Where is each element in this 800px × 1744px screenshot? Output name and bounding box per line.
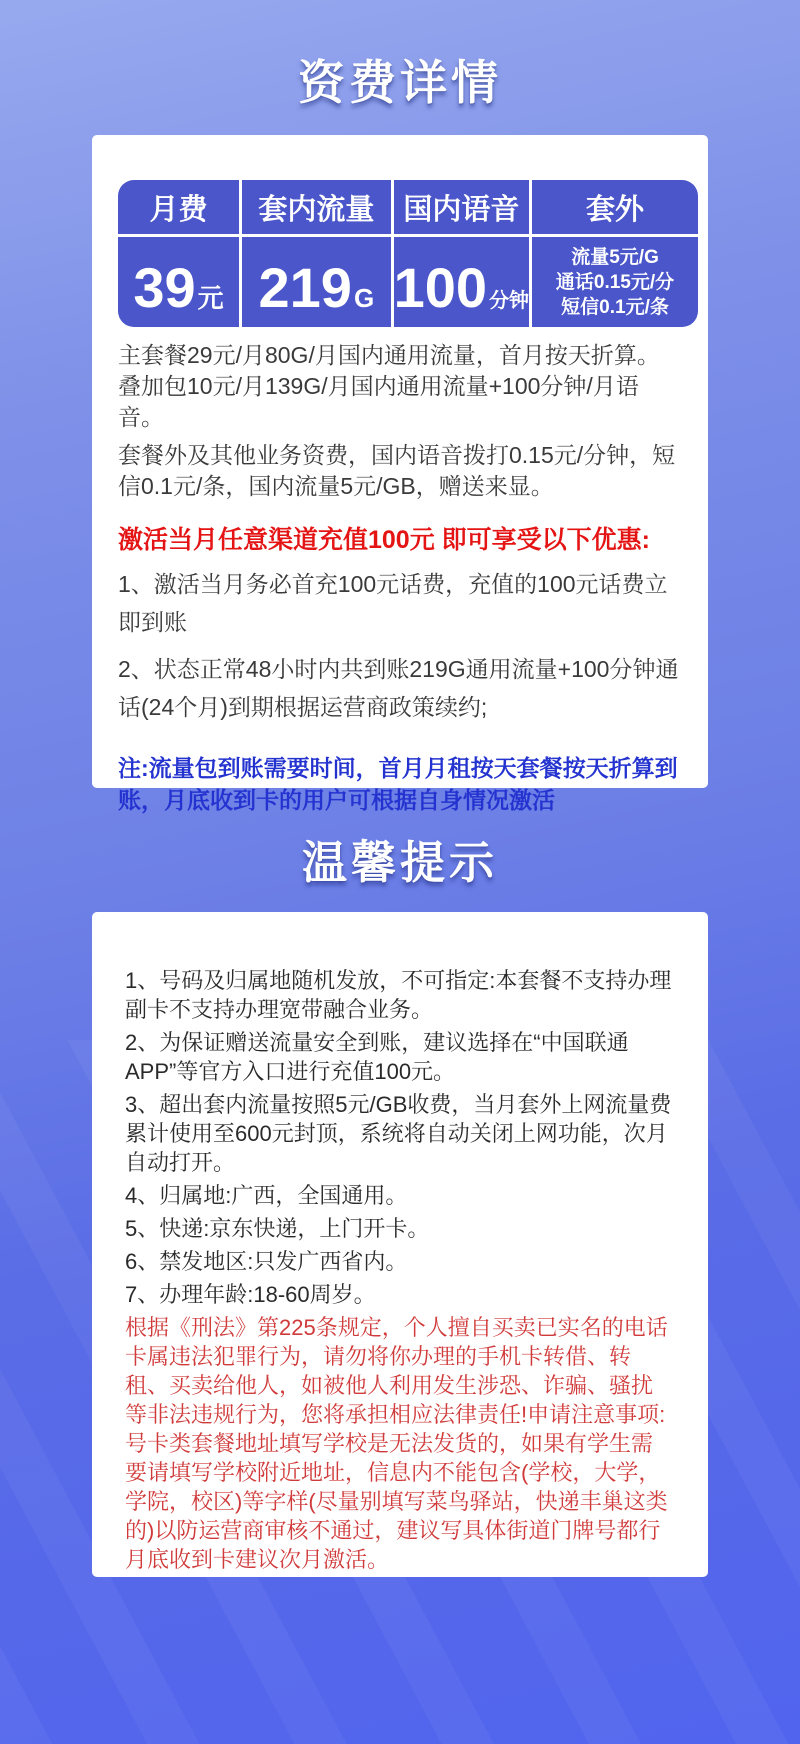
- plan-table-cell-included-data: 219 G: [242, 237, 391, 327]
- out-of-plan-sms-rate: 短信0.1元/条: [561, 295, 669, 320]
- legal-warning-text: 根据《刑法》第225条规定，个人擅自买卖已实名的电话卡属违法犯罪行为，请勿将你办…: [125, 1313, 674, 1429]
- tips-section-title: 温馨提示: [0, 826, 800, 891]
- plan-table-cell-domestic-voice: 100 分钟: [394, 237, 529, 327]
- plan-table-cell-monthly-fee: 39 元: [118, 237, 239, 327]
- pricing-section-title: 资费详情: [0, 46, 800, 113]
- tip-item-home-location: 4、归属地:广西，全国通用。: [125, 1181, 674, 1210]
- recharge-promo-heading: 激活当月任意渠道充值100元 即可享受以下优惠:: [118, 520, 682, 556]
- tip-item-overage-cap: 3、超出套内流量按照5元/GB收费，当月套外上网流量费累计使用至600元封顶，系…: [125, 1090, 674, 1177]
- included-data-value: 219: [259, 243, 352, 327]
- tip-item-recharge-channel: 2、为保证赠送流量安全到账，建议选择在“中国联通APP”等官方入口进行充值100…: [125, 1028, 674, 1086]
- plan-table-header-included-data: 套内流量: [242, 180, 391, 234]
- promo-item-first-recharge: 1、激活当月务必首充100元话费，充值的100元话费立即到账: [118, 565, 682, 641]
- activation-note: 注:流量包到账需要时间，首月月租按天套餐按天折算到账，月底收到卡的用户可根据自身…: [118, 752, 682, 816]
- tip-item-age-requirement: 7、办理年龄:18-60周岁。: [125, 1280, 674, 1309]
- pricing-body: 主套餐29元/月80G/月国内通用流量，首月按天折算。叠加包10元/月139G/…: [118, 340, 682, 816]
- promo-item-credit-arrival: 2、状态正常48小时内共到账219G通用流量+100分钟通话(24个月)到期根据…: [118, 650, 682, 726]
- plan-table-header-monthly-fee: 月费: [118, 180, 239, 234]
- out-of-plan-fees-paragraph: 套餐外及其他业务资费，国内语音拨打0.15元/分钟，短信0.1元/条，国内流量5…: [118, 440, 682, 502]
- included-data-unit: G: [354, 283, 374, 314]
- plan-table-cell-out-of-plan: 流量5元/G 通话0.15元/分 短信0.1元/条: [532, 237, 698, 327]
- promo-page: 资费详情 月费 套内流量 国内语音 套外 39 元 219 G 100 分钟 流…: [0, 0, 800, 1744]
- tip-item-delivery: 5、快递:京东快递，上门开卡。: [125, 1214, 674, 1243]
- address-warning-text: 号卡类套餐地址填写学校是无法发货的，如果有学生需要请填写学校附近地址，信息内不能…: [125, 1429, 674, 1574]
- plan-table: 月费 套内流量 国内语音 套外 39 元 219 G 100 分钟 流量5元/G…: [118, 180, 698, 327]
- tips-card: 1、号码及归属地随机发放，不可指定:本套餐不支持办理副卡不支持办理宽带融合业务。…: [92, 912, 708, 1577]
- plan-table-header-domestic-voice: 国内语音: [394, 180, 529, 234]
- out-of-plan-call-rate: 通话0.15元/分: [556, 270, 674, 295]
- plan-description-paragraph: 主套餐29元/月80G/月国内通用流量，首月按天折算。叠加包10元/月139G/…: [118, 340, 682, 433]
- tip-item-number-assignment: 1、号码及归属地随机发放，不可指定:本套餐不支持办理副卡不支持办理宽带融合业务。: [125, 966, 674, 1024]
- out-of-plan-data-rate: 流量5元/G: [571, 245, 659, 270]
- pricing-card: 月费 套内流量 国内语音 套外 39 元 219 G 100 分钟 流量5元/G…: [92, 135, 708, 788]
- monthly-fee-value: 39: [133, 243, 195, 327]
- domestic-voice-value: 100: [394, 243, 487, 327]
- tip-item-restricted-region: 6、禁发地区:只发广西省内。: [125, 1247, 674, 1276]
- plan-table-header-out-of-plan: 套外: [532, 180, 698, 234]
- monthly-fee-unit: 元: [198, 278, 224, 315]
- domestic-voice-unit: 分钟: [489, 284, 529, 313]
